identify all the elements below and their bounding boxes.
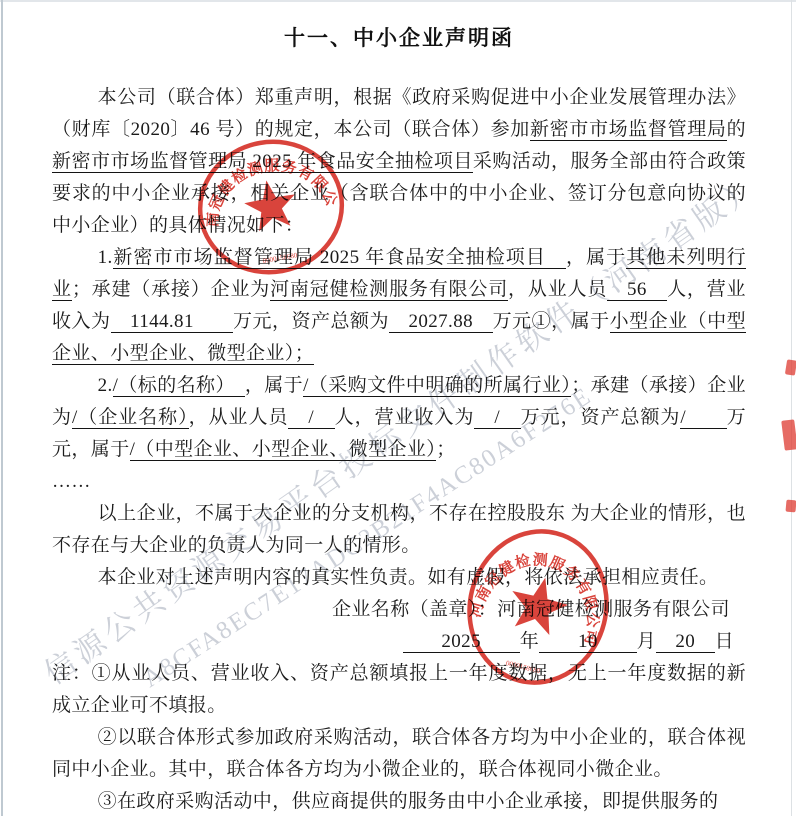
- text-segment: 1.: [98, 247, 113, 268]
- cropped-stamp-fragment: [781, 419, 796, 450]
- paragraph: 注：①从业人员、营业收入、资产总额填报上一年度数据，无上一年度数据的新成立企业可…: [52, 658, 746, 722]
- filled-blank: /（采购文件中明确的所属行业）: [303, 375, 571, 397]
- filled-blank: 2025: [403, 631, 520, 653]
- paragraph: ③在政府采购活动中，供应商提供的服务由中小企业承接，即提供服务的: [52, 786, 746, 816]
- filled-blank: 10: [539, 631, 636, 653]
- document-page: 信源公共资源交易平台投标文件制作软件（河南省版） A8CFA8EC7E17ADC…: [0, 0, 796, 816]
- filled-blank: 2027.88: [389, 311, 493, 333]
- text-segment: ②以联合体形式参加政府采购活动，联合体各方均为中小企业的，联合体视同中小企业。其…: [52, 727, 746, 780]
- paragraph: 本企业对上述声明内容的真实性负责。如有虚假，将依法承担相应责任。: [52, 562, 746, 594]
- text-segment: 万元，资产总额为: [521, 407, 681, 428]
- text-segment: 本企业对上述声明内容的真实性负责。如有虚假，将依法承担相应责任。: [98, 567, 719, 588]
- text-segment: ……: [52, 471, 91, 492]
- text-segment: 年: [520, 631, 539, 652]
- text-segment: 万元，资产总额为: [233, 311, 389, 332]
- filled-blank: /（标的名称）: [113, 375, 245, 397]
- paragraph: 2025 年 10 月 20 日: [52, 626, 746, 658]
- filled-blank: 20: [656, 631, 715, 653]
- text-segment: ，从业人员: [189, 407, 289, 428]
- text-segment: ，属于: [245, 375, 303, 396]
- text-segment: 人，营业收入为: [335, 407, 475, 428]
- paragraph: 以上企业，不属于大企业的分支机构，不存在控股股东 为大企业的情形，也不存在与大企…: [52, 498, 746, 562]
- filled-blank: 新密市市场监督管理局 2025 年食品安全抽检项目: [113, 247, 566, 269]
- doc-body: 本公司（联合体）郑重声明，根据《政府采购促进中小企业发展管理办法》（财库〔202…: [52, 82, 746, 816]
- text-segment: 日: [715, 631, 734, 652]
- text-segment: ，从业人员: [508, 279, 607, 300]
- text-segment: 企业名称（盖章）：河南冠健检测服务有限公司: [332, 599, 730, 620]
- filled-blank: /: [288, 407, 334, 429]
- filled-blank: 新密市市场监督管理局: [530, 119, 727, 141]
- filled-blank: 56: [607, 279, 667, 301]
- filled-blank: /: [474, 407, 520, 429]
- cropped-stamp-fragment: [785, 500, 796, 513]
- declaration-letter: 十一、中小企业声明函 本公司（联合体）郑重声明，根据《政府采购促进中小企业发展管…: [0, 0, 796, 816]
- text-segment: 月: [637, 631, 656, 652]
- text-segment: ③在政府采购活动中，供应商提供的服务由中小企业承接，即提供服务的: [98, 791, 719, 812]
- filled-blank: 新密市市场监督管理局 2025 年食品安全抽检项目: [52, 151, 473, 173]
- text-segment: ，属于: [566, 247, 626, 268]
- paragraph: 1.新密市市场监督管理局 2025 年食品安全抽检项目 ，属于其他未列明行业；承…: [52, 242, 746, 370]
- filled-blank: 河南冠健检测服务有限公司: [270, 279, 508, 301]
- filled-blank: 1144.81: [111, 311, 233, 333]
- text-segment: 2.: [98, 375, 113, 396]
- filled-blank: /: [680, 407, 726, 429]
- paragraph: 企业名称（盖章）：河南冠健检测服务有限公司: [52, 594, 746, 626]
- paragraph: ②以联合体形式参加政府采购活动，联合体各方均为中小企业的，联合体视同中小企业。其…: [52, 722, 746, 786]
- paragraph: 2./（标的名称） ，属于/（采购文件中明确的所属行业）；承建（承接）企业为/（…: [52, 370, 746, 466]
- doc-title: 十一、中小企业声明函: [52, 22, 746, 52]
- text-segment: 注：①从业人员、营业收入、资产总额填报上一年度数据，无上一年度数据的新成立企业可…: [52, 663, 746, 716]
- text-segment: ；承建（承接）企业为: [72, 279, 270, 300]
- text-segment: ；: [436, 439, 455, 460]
- paragraph: ……: [52, 466, 746, 498]
- text-segment: 万元①，属于: [493, 311, 610, 332]
- filled-blank: /（中型企业、小型企业、微型企业）: [130, 439, 437, 461]
- text-segment: 的: [727, 119, 746, 140]
- filled-blank: /（企业名称）: [72, 407, 189, 429]
- cropped-stamp-fragment: [785, 359, 796, 375]
- paragraph: 本公司（联合体）郑重声明，根据《政府采购促进中小企业发展管理办法》（财库〔202…: [52, 82, 746, 242]
- text-segment: 以上企业，不属于大企业的分支机构，不存在控股股东 为大企业的情形，也不存在与大企…: [52, 503, 746, 556]
